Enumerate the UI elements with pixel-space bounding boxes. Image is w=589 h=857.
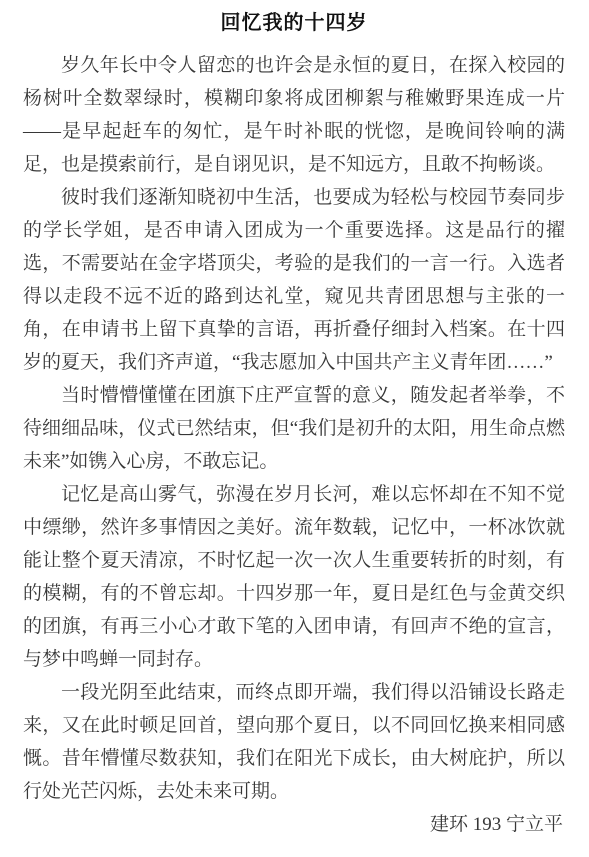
essay-title: 回忆我的十四岁 — [23, 10, 565, 36]
essay-paragraph-4: 记忆是高山雾气，弥漫在岁月长河，难以忘怀却在不知不觉中缥缈，然许多事情因之美好。… — [23, 478, 565, 676]
essay-paragraph-5: 一段光阴至此结束，而终点即开端，我们得以沿铺设长路走来，又在此时顿足回首，望向那… — [23, 676, 565, 808]
essay-paragraph-2: 彼时我们逐渐知晓初中生活，也要成为轻松与校园节奏同步的学长学姐，是否申请入团成为… — [23, 181, 565, 379]
essay-paragraph-1: 岁久年长中令人留恋的也许会是永恒的夏日，在探入校园的杨树叶全数翠绿时，模糊印象将… — [23, 49, 565, 181]
author-signature: 建环 193 宁立平 — [23, 808, 565, 841]
essay-paragraph-3: 当时懵懵懂懂在团旗下庄严宣誓的意义，随发起者举拳，不待细细品味，仪式已然结束，但… — [23, 379, 565, 478]
essay-page: 回忆我的十四岁 岁久年长中令人留恋的也许会是永恒的夏日，在探入校园的杨树叶全数翠… — [0, 0, 589, 857]
